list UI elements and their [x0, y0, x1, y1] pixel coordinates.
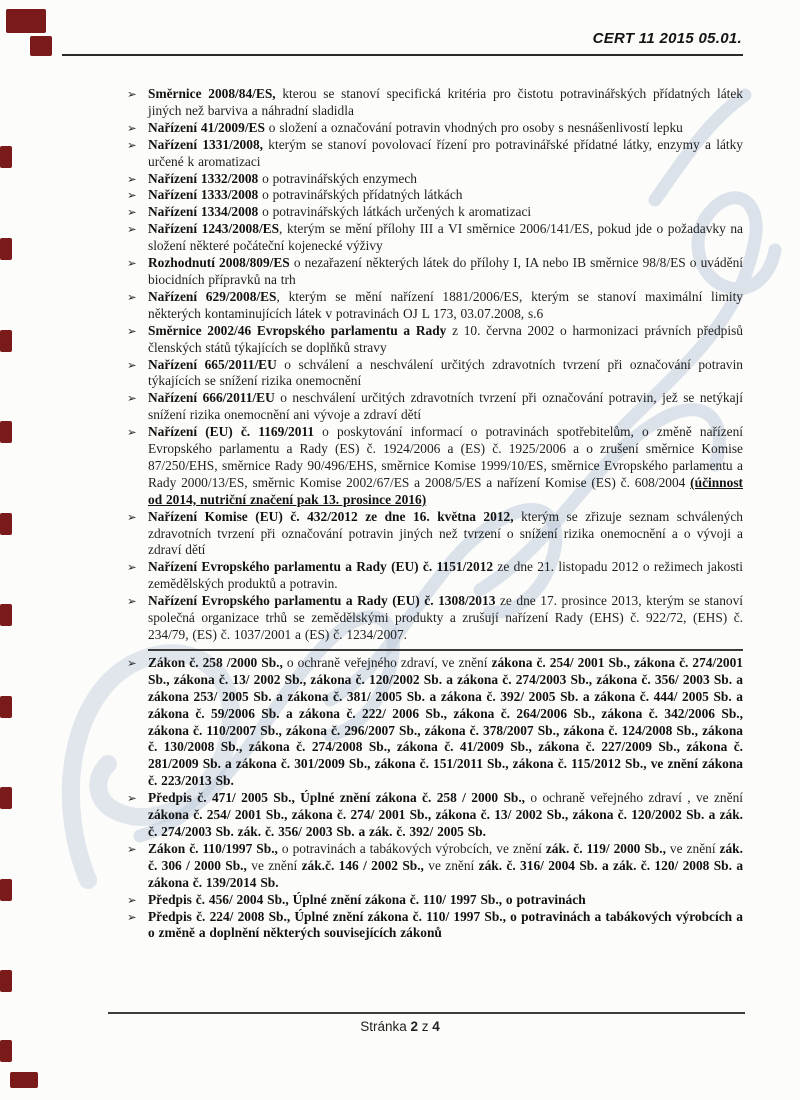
item-text: Nařízení 665/2011/EU o schválení a nesch…	[148, 357, 743, 391]
document-page: CERT 11 2015 05.01. ➢Směrnice 2008/84/ES…	[0, 0, 800, 1100]
text-run: ve znění	[666, 841, 720, 856]
bullet-arrow-icon: ➢	[127, 255, 148, 272]
item-text: Nařízení 1334/2008 o potravinářských lát…	[148, 204, 743, 221]
item-text: Směrnice 2002/46 Evropského parlamentu a…	[148, 323, 743, 357]
red-edge-mark	[6, 9, 46, 33]
list-item: ➢Nařízení 41/2009/ES o složení a označov…	[127, 120, 743, 137]
list-item: ➢Předpis č. 471/ 2005 Sb., Úplné znění z…	[127, 790, 743, 841]
text-run: o potravinách a tabákových výrobcích, ve…	[278, 841, 546, 856]
text-run: Nařízení 666/2011/EU	[148, 390, 275, 405]
bullet-arrow-icon: ➢	[127, 424, 148, 441]
bullet-arrow-icon: ➢	[127, 655, 148, 672]
text-run: o ochraně veřejného zdraví , ve znění	[525, 790, 743, 805]
bullet-arrow-icon: ➢	[127, 171, 148, 188]
item-text: Předpis č. 471/ 2005 Sb., Úplné znění zá…	[148, 790, 743, 841]
text-run: Nařízení 1332/2008	[148, 171, 258, 186]
bullet-arrow-icon: ➢	[127, 137, 148, 154]
red-edge-mark	[0, 330, 12, 352]
red-edge-mark	[0, 238, 12, 260]
red-edge-mark	[30, 36, 52, 56]
footer-of-word: z	[422, 1019, 429, 1034]
list-item: ➢Zákon č. 110/1997 Sb., o potravinách a …	[127, 841, 743, 892]
item-text: Zákon č. 110/1997 Sb., o potravinách a t…	[148, 841, 743, 892]
text-run: Směrnice 2002/46 Evropského parlamentu a…	[148, 323, 446, 338]
list-item: ➢Nařízení 1333/2008 o potravinářských př…	[127, 187, 743, 204]
bullet-arrow-icon: ➢	[127, 86, 148, 103]
list-item: ➢Nařízení 665/2011/EU o schválení a nesc…	[127, 357, 743, 391]
text-run: Nařízení 1334/2008	[148, 204, 258, 219]
document-code: CERT 11 2015 05.01.	[593, 30, 742, 47]
text-run: Předpis č. 471/ 2005 Sb., Úplné znění zá…	[148, 790, 525, 805]
item-text: Nařízení 629/2008/ES, kterým se mění nař…	[148, 289, 743, 323]
item-text: Nařízení Evropského parlamentu a Rady (E…	[148, 559, 743, 593]
list-item: ➢Směrnice 2002/46 Evropského parlamentu …	[127, 323, 743, 357]
text-run: o potravinářských látkách určených k aro…	[258, 204, 531, 219]
text-run: Nařízení 629/2008/ES	[148, 289, 277, 304]
footer-page-number: 2	[410, 1019, 418, 1034]
item-text: Nařízení Evropského parlamentu a Rady (E…	[148, 593, 743, 644]
footer-label: Stránka	[360, 1019, 407, 1034]
bullet-arrow-icon: ➢	[127, 204, 148, 221]
page-footer: Stránka 2 z 4	[0, 1019, 800, 1034]
bullet-arrow-icon: ➢	[127, 357, 148, 374]
text-run: Nařízení 665/2011/EU	[148, 357, 277, 372]
text-run: Zákon č. 258 /2000 Sb.,	[148, 655, 283, 670]
bullet-arrow-icon: ➢	[127, 120, 148, 137]
text-run: Nařízení 41/2009/ES	[148, 120, 265, 135]
list-item: ➢Předpis č. 224/ 2008 Sb., Úplné znění z…	[127, 909, 743, 943]
list-item: ➢Zákon č. 258 /2000 Sb., o ochraně veřej…	[127, 655, 743, 790]
item-text: Nařízení Komise (EU) č. 432/2012 ze dne …	[148, 509, 743, 560]
red-edge-mark	[0, 879, 12, 901]
footer-total-pages: 4	[432, 1019, 440, 1034]
text-run: Nařízení 1331/2008,	[148, 137, 263, 152]
text-run: Předpis č. 456/ 2004 Sb., Úplné znění zá…	[148, 892, 586, 907]
list-item: ➢Nařízení Komise (EU) č. 432/2012 ze dne…	[127, 509, 743, 560]
red-edge-mark	[0, 970, 12, 992]
text-run: o složení a označování potravin vhodných…	[265, 120, 683, 135]
item-text: Nařízení 1332/2008 o potravinářských enz…	[148, 171, 743, 188]
bullet-arrow-icon: ➢	[127, 790, 148, 807]
text-run: Nařízení 1333/2008	[148, 187, 258, 202]
list-item: ➢Směrnice 2008/84/ES, kterou se stanoví …	[127, 86, 743, 120]
item-text: Předpis č. 224/ 2008 Sb., Úplné znění zá…	[148, 909, 743, 943]
list-item: ➢Předpis č. 456/ 2004 Sb., Úplné znění z…	[127, 892, 743, 909]
text-run: zák. č. 119/ 2000 Sb.,	[546, 841, 666, 856]
bullet-arrow-icon: ➢	[127, 221, 148, 238]
bullet-arrow-icon: ➢	[127, 187, 148, 204]
item-text: Směrnice 2008/84/ES, kterou se stanoví s…	[148, 86, 743, 120]
text-run: ve znění	[247, 858, 302, 873]
list-item: ➢Nařízení 1332/2008 o potravinářských en…	[127, 171, 743, 188]
list-item: ➢Nařízení 629/2008/ES, kterým se mění na…	[127, 289, 743, 323]
eu-legislation-list: ➢Směrnice 2008/84/ES, kterou se stanoví …	[127, 86, 743, 644]
text-run: Nařízení Evropského parlamentu a Rady (E…	[148, 593, 495, 608]
scanned-document-screenshot: { "page": { "header_code": "CERT 11 2015…	[0, 0, 800, 1100]
text-run: zákona č. 254/ 2001 Sb., zákona č. 274/ …	[148, 807, 743, 839]
text-run: o potravinářských enzymech	[258, 171, 417, 186]
bullet-arrow-icon: ➢	[127, 323, 148, 340]
header-rule	[62, 54, 743, 56]
item-text: Předpis č. 456/ 2004 Sb., Úplné znění zá…	[148, 892, 743, 909]
item-text: Nařízení 1243/2008/ES, kterým se mění př…	[148, 221, 743, 255]
text-run: Nařízení Komise (EU) č. 432/2012 ze dne …	[148, 509, 514, 524]
section-divider	[148, 649, 743, 651]
red-edge-mark	[0, 604, 12, 626]
bullet-arrow-icon: ➢	[127, 909, 148, 926]
footer-rule	[108, 1012, 745, 1014]
list-item: ➢Nařízení 1243/2008/ES, kterým se mění p…	[127, 221, 743, 255]
text-run: o ochraně veřejného zdraví, ve znění	[283, 655, 492, 670]
bullet-arrow-icon: ➢	[127, 390, 148, 407]
bullet-arrow-icon: ➢	[127, 289, 148, 306]
list-item: ➢Nařízení 666/2011/EU o neschválení urči…	[127, 390, 743, 424]
document-body: ➢Směrnice 2008/84/ES, kterou se stanoví …	[127, 86, 743, 942]
red-edge-mark	[10, 1072, 38, 1088]
item-text: Rozhodnutí 2008/809/ES o nezařazení někt…	[148, 255, 743, 289]
text-run: Nařízení 1243/2008/ES	[148, 221, 279, 236]
text-run: Směrnice 2008/84/ES,	[148, 86, 276, 101]
item-text: Nařízení 41/2009/ES o složení a označová…	[148, 120, 743, 137]
list-item: ➢Nařízení Evropského parlamentu a Rady (…	[127, 559, 743, 593]
bullet-arrow-icon: ➢	[127, 593, 148, 610]
text-run: ve znění	[424, 858, 479, 873]
bullet-arrow-icon: ➢	[127, 509, 148, 526]
list-item: ➢Nařízení Evropského parlamentu a Rady (…	[127, 593, 743, 644]
red-edge-mark	[0, 513, 12, 535]
text-run: Předpis č. 224/ 2008 Sb., Úplné znění zá…	[148, 909, 743, 941]
text-run: zákona č. 254/ 2001 Sb., zákona č. 274/2…	[148, 655, 743, 788]
text-run: Nařízení Evropského parlamentu a Rady (E…	[148, 559, 493, 574]
text-run: Rozhodnutí 2008/809/ES	[148, 255, 290, 270]
list-item: ➢Nařízení 1334/2008 o potravinářských lá…	[127, 204, 743, 221]
bullet-arrow-icon: ➢	[127, 559, 148, 576]
list-item: ➢Nařízení (EU) č. 1169/2011 o poskytován…	[127, 424, 743, 509]
bullet-arrow-icon: ➢	[127, 892, 148, 909]
bullet-arrow-icon: ➢	[127, 841, 148, 858]
red-edge-mark	[0, 146, 12, 168]
item-text: Nařízení 1333/2008 o potravinářských pří…	[148, 187, 743, 204]
list-item: ➢Rozhodnutí 2008/809/ES o nezařazení něk…	[127, 255, 743, 289]
red-edge-mark	[0, 421, 12, 443]
red-edge-mark	[0, 787, 12, 809]
item-text: Nařízení 666/2011/EU o neschválení určit…	[148, 390, 743, 424]
text-run: zák.č. 146 / 2002 Sb.,	[302, 858, 424, 873]
item-text: Nařízení 1331/2008, kterým se stanoví po…	[148, 137, 743, 171]
red-edge-mark	[0, 1040, 12, 1062]
list-item: ➢Nařízení 1331/2008, kterým se stanoví p…	[127, 137, 743, 171]
text-run: Zákon č. 110/1997 Sb.,	[148, 841, 278, 856]
red-edge-mark	[0, 696, 12, 718]
item-text: Zákon č. 258 /2000 Sb., o ochraně veřejn…	[148, 655, 743, 790]
text-run: Nařízení (EU) č. 1169/2011	[148, 424, 314, 439]
text-run: o potravinářských přídatných látkách	[258, 187, 462, 202]
national-legislation-list: ➢Zákon č. 258 /2000 Sb., o ochraně veřej…	[127, 655, 743, 942]
item-text: Nařízení (EU) č. 1169/2011 o poskytování…	[148, 424, 743, 509]
